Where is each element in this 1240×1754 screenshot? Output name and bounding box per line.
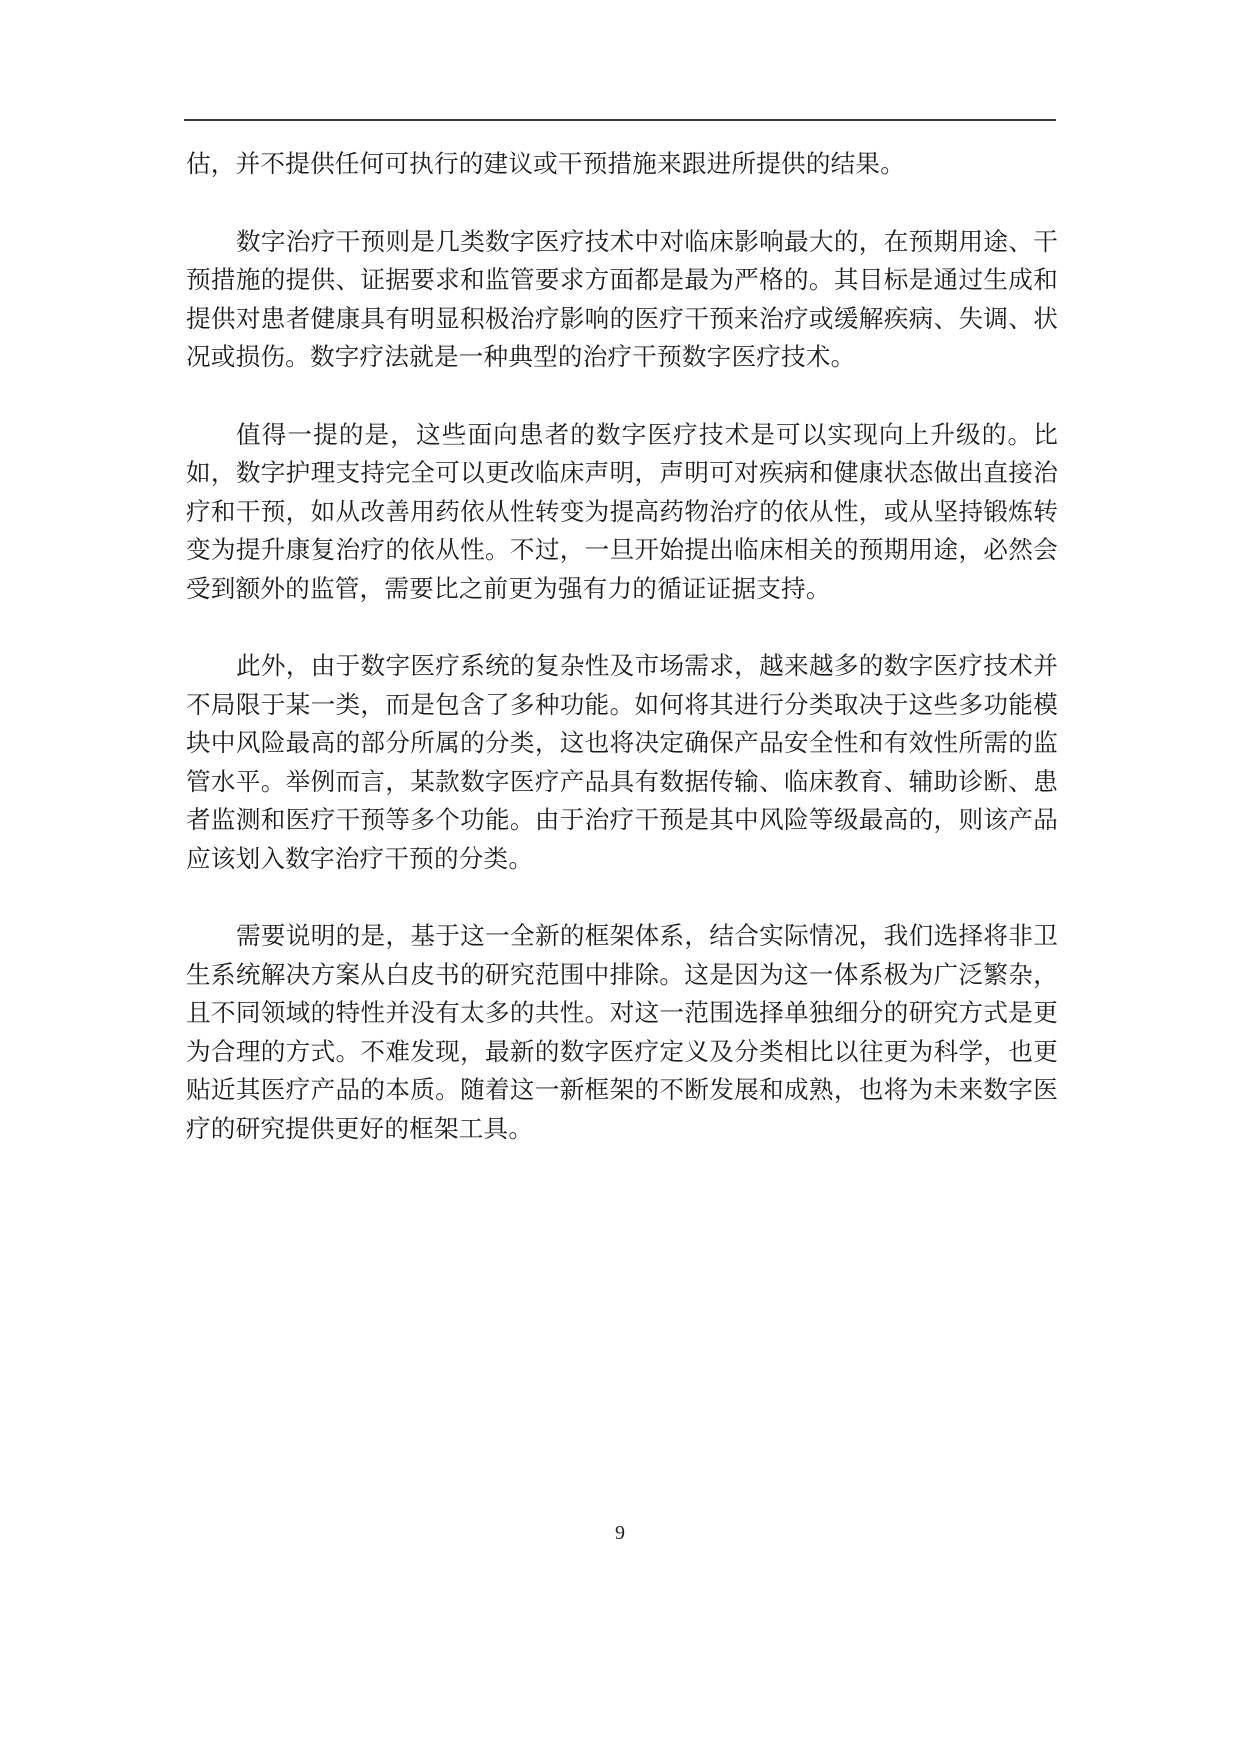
paragraph-1: 估，并不提供任何可执行的建议或干预措施来跟进所提供的结果。: [186, 145, 1058, 184]
paragraph-5: 需要说明的是，基于这一全新的框架体系，结合实际情况，我们选择将非卫生系统解决方案…: [186, 917, 1058, 1148]
page-number: 9: [0, 1522, 1240, 1545]
paragraph-4: 此外，由于数字医疗系统的复杂性及市场需求，越来越多的数字医疗技术并不局限于某一类…: [186, 647, 1058, 878]
page-body: 估，并不提供任何可执行的建议或干预措施来跟进所提供的结果。 数字治疗干预则是几类…: [186, 145, 1058, 1187]
paragraph-3: 值得一提的是，这些面向患者的数字医疗技术是可以实现向上升级的。比如，数字护理支持…: [186, 416, 1058, 609]
paragraph-2: 数字治疗干预则是几类数字医疗技术中对临床影响最大的，在预期用途、干预措施的提供、…: [186, 223, 1058, 377]
header-rule: [184, 119, 1056, 121]
